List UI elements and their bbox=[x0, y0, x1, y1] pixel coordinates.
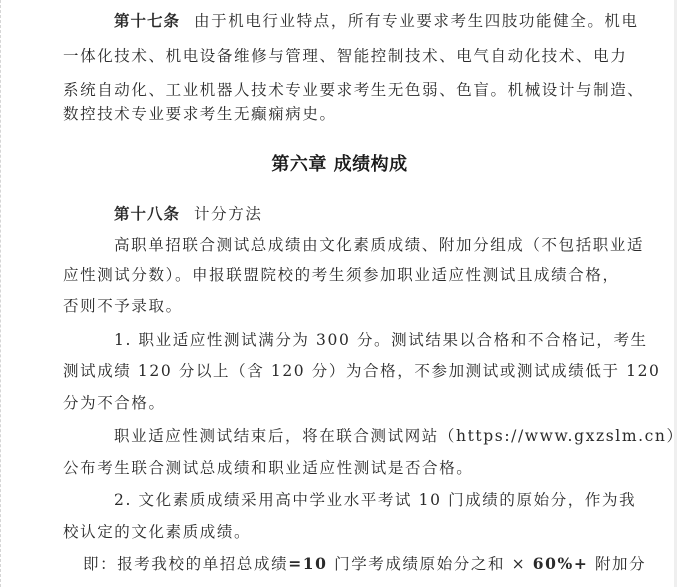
article-17-line-4: 数控技术专业要求考生无癫痫病史。 bbox=[63, 104, 337, 124]
chapter-title: 第六章 成绩构成 bbox=[1, 150, 677, 176]
paragraph-1-line-2: 应性测试分数）。申报联盟院校的考生须参加职业适应性测试且成绩合格， bbox=[63, 265, 620, 285]
article-18-title: 计分方法 bbox=[194, 205, 262, 223]
paragraph-1-line-1: 高职单招联合测试总成绩由文化素质成绩、附加分组成（不包括职业适 bbox=[114, 235, 644, 255]
item-2-line-2: 校认定的文化素质成绩。 bbox=[63, 522, 251, 542]
article-17-line-3: 系统自动化、工业机器人技术专业要求考生无色弱、色盲。机械设计与制造、 bbox=[63, 80, 644, 100]
paragraph-1-line-3: 否则不予录取。 bbox=[63, 296, 183, 316]
formula-eq: =10 bbox=[288, 554, 327, 573]
paragraph-2-line-2: 公布考生联合测试总成绩和职业适应性测试是否合格。 bbox=[63, 458, 473, 478]
article-17-line-2: 一体化技术、机电设备维修与管理、智能控制技术、电气自动化技术、电力 bbox=[63, 46, 627, 66]
formula-percent: 60%+ bbox=[533, 554, 589, 573]
article-17-text: 由于机电行业特点，所有专业要求考生四肢功能健全。机电 bbox=[194, 12, 639, 30]
item-1-line-2: 测试成绩 120 分以上（含 120 分）为合格，不参加测试或测试成绩低于 12… bbox=[63, 361, 661, 381]
formula-prefix: 即：报考我校的单招总成绩 bbox=[83, 555, 288, 573]
formula-middle: 门学考成绩原始分之和 × bbox=[328, 555, 533, 573]
article-17-label: 第十七条 bbox=[114, 11, 180, 30]
article-18-heading: 第十八条计分方法 bbox=[114, 204, 262, 224]
paragraph-2-line-1: 职业适应性测试结束后，将在联合测试网站（https://www.gxzslm.c… bbox=[114, 426, 677, 446]
item-2-line-1: 2. 文化素质成绩采用高中学业水平考试 10 门成绩的原始分，作为我 bbox=[114, 490, 636, 510]
document-page: 第十七条由于机电行业特点，所有专业要求考生四肢功能健全。机电 一体化技术、机电设… bbox=[0, 0, 675, 587]
item-1-line-3: 分为不合格。 bbox=[63, 393, 166, 413]
item-1-line-1: 1. 职业适应性测试满分为 300 分。测试结果以合格和不合格记，考生 bbox=[114, 330, 648, 350]
article-17-line-1: 第十七条由于机电行业特点，所有专业要求考生四肢功能健全。机电 bbox=[114, 11, 639, 31]
formula-suffix: 附加分 bbox=[588, 555, 646, 573]
score-formula: 即：报考我校的单招总成绩=10 门学考成绩原始分之和 × 60%+ 附加分 bbox=[83, 554, 646, 574]
article-18-label: 第十八条 bbox=[114, 204, 180, 223]
